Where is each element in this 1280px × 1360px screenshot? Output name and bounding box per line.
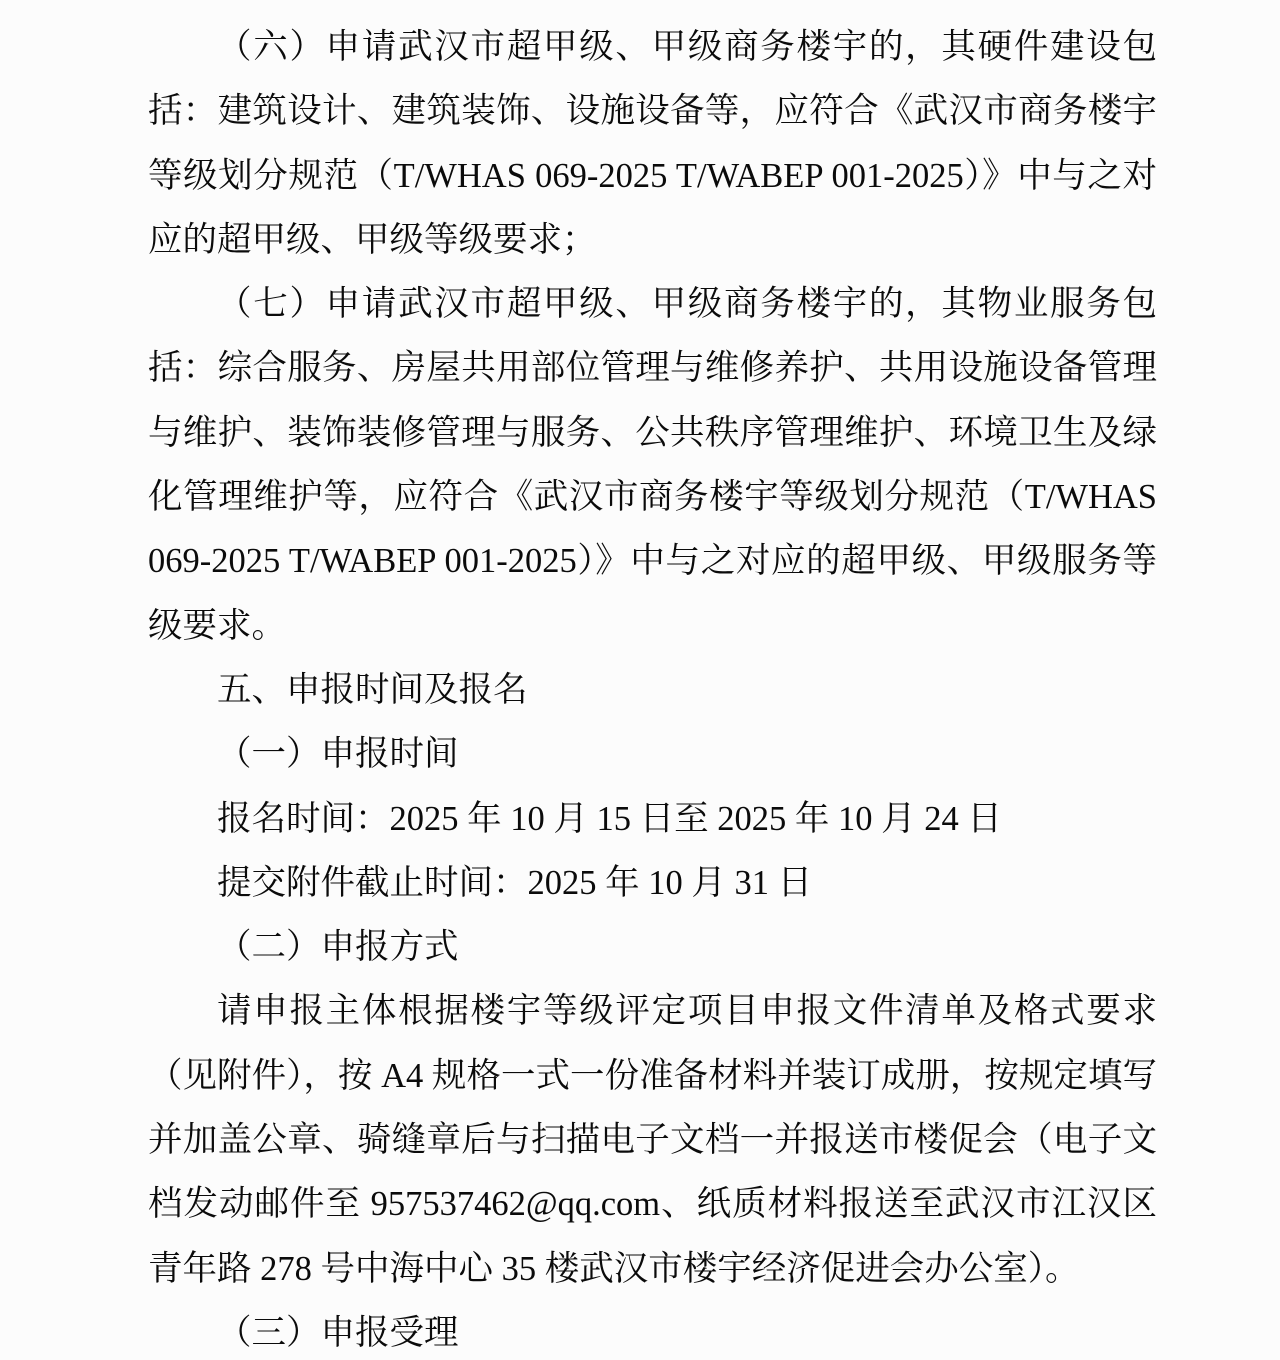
subsection-3-heading: （三）申报受理 xyxy=(148,1301,1157,1360)
attachment-deadline-line: 提交附件截止时间：2025 年 10 月 31 日 xyxy=(148,851,1157,915)
registration-time-line: 报名时间：2025 年 10 月 15 日至 2025 年 10 月 24 日 xyxy=(148,787,1157,851)
paragraph-clause-7-property-service: （七）申请武汉市超甲级、甲级商务楼宇的，其物业服务包括：综合服务、房屋共用部位管… xyxy=(148,272,1157,658)
paragraph-clause-6-hardware: （六）申请武汉市超甲级、甲级商务楼宇的，其硬件建设包括：建筑设计、建筑装饰、设施… xyxy=(148,15,1157,272)
paragraph-application-method: 请申报主体根据楼宇等级评定项目申报文件清单及格式要求（见附件），按 A4 规格一… xyxy=(148,979,1157,1300)
subsection-1-heading: （一）申报时间 xyxy=(148,722,1157,786)
subsection-2-heading: （二）申报方式 xyxy=(148,915,1157,979)
document-page: （六）申请武汉市超甲级、甲级商务楼宇的，其硬件建设包括：建筑设计、建筑装饰、设施… xyxy=(0,0,1280,1360)
section-5-heading: 五、申报时间及报名 xyxy=(148,658,1157,722)
